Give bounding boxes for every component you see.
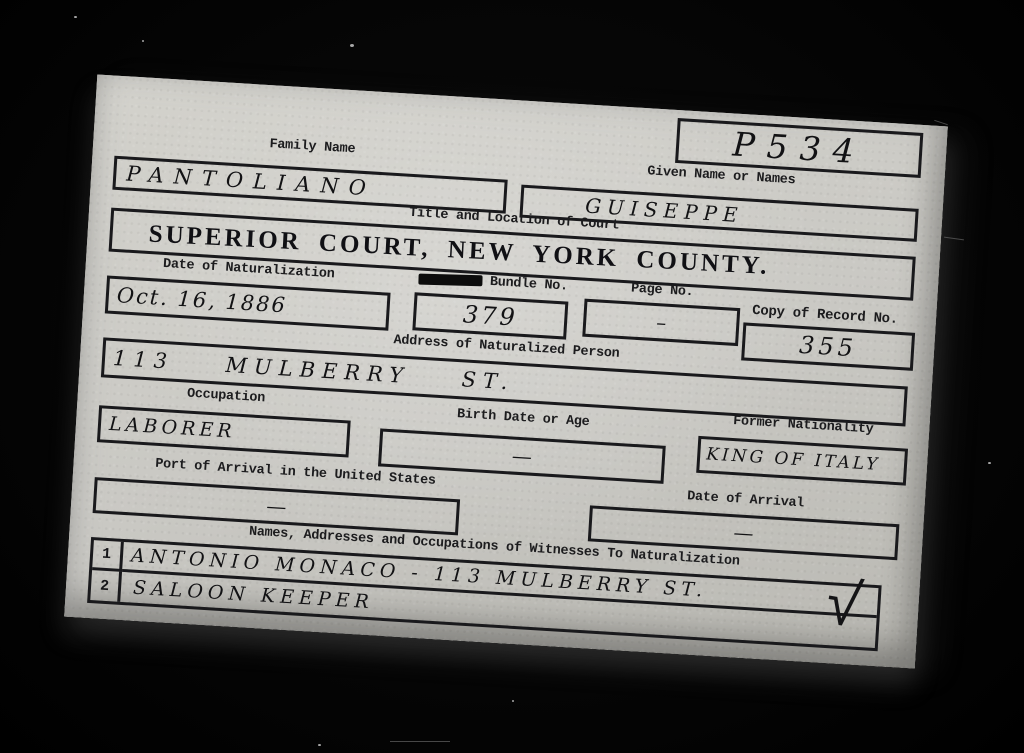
witnesses-table: 1 ANTONIO MONACO - 113 MULBERRY ST. 2 SA… (87, 537, 882, 651)
struck-out-word-mark (419, 274, 483, 287)
dust-speck (988, 462, 991, 464)
film-scratch (944, 237, 964, 241)
nationality-value: KING OF ITALY (700, 446, 881, 474)
record-copy-value: 355 (799, 333, 858, 360)
birth-value: — (511, 446, 532, 467)
bundle-value: 379 (462, 302, 518, 329)
film-scratch (390, 741, 450, 742)
nationality-box: KING OF ITALY (696, 436, 908, 486)
scan-background: P534 Family Name PANTOLIANO Given Name o… (0, 0, 1024, 753)
naturalization-index-card: P534 Family Name PANTOLIANO Given Name o… (64, 74, 948, 668)
occupation-value: LABORER (100, 414, 236, 441)
page-value: – (656, 312, 667, 333)
page-box: – (582, 299, 740, 346)
dust-speck (142, 40, 144, 42)
index-number-value: P534 (732, 127, 867, 168)
dust-speck (350, 44, 354, 47)
dust-speck (318, 744, 321, 746)
arrival-value: — (733, 522, 754, 543)
naturalization-date-value: Oct. 16, 1886 (108, 284, 287, 316)
port-value: — (266, 496, 287, 517)
witness-row-number: 2 (90, 570, 122, 602)
occupation-box: LABORER (97, 405, 351, 457)
film-scratch (934, 120, 948, 125)
dust-speck (74, 16, 77, 18)
witness-row-number: 1 (92, 540, 124, 572)
dust-speck (512, 700, 514, 702)
bundle-box: 379 (412, 292, 568, 339)
